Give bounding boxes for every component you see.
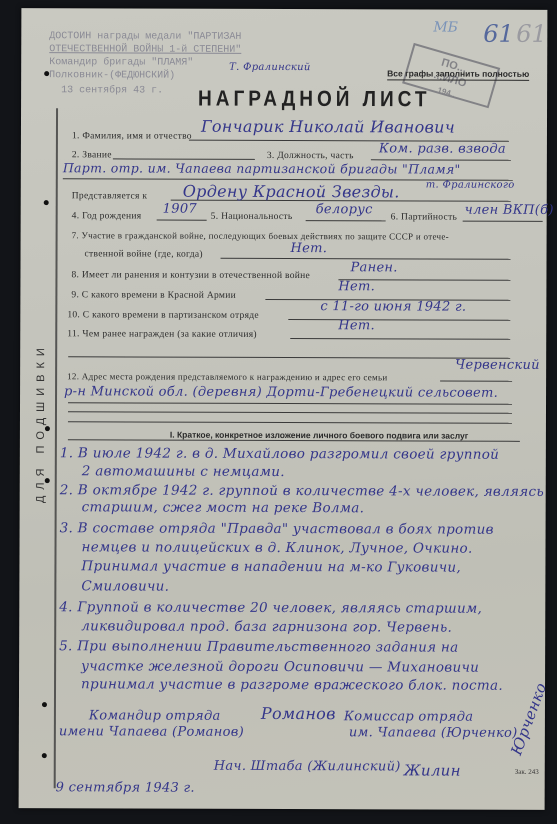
field-value-previous-awards: Нет. xyxy=(338,318,375,333)
archive-number-pencil: 61 xyxy=(516,20,547,48)
resolution-line: Командир бригады "ПЛАМЯ" xyxy=(49,56,193,70)
commander-signature: Романов xyxy=(261,704,336,723)
fill-all-notice: Все графы заполнить полностью xyxy=(387,68,529,80)
merit-line: Принимал участие в нападении на м-ко Гук… xyxy=(81,558,461,575)
field-rule xyxy=(68,411,512,414)
resolution-line: ДОСТОИН награды медали "ПАРТИЗАН xyxy=(49,30,241,44)
field-value-position: Ком. разв. взвода xyxy=(379,141,506,156)
commissar-title: Комиссар отряда xyxy=(344,709,473,724)
field-label-rank: 2. Звание xyxy=(72,150,112,160)
award-sheet-document: ДЛЯ ПОДШИВКИ ДОСТОИН награды медали "ПАР… xyxy=(19,8,548,810)
merit-line: 4. Группой в количестве 20 человек, явля… xyxy=(59,599,482,616)
field-rule xyxy=(463,221,543,222)
chief-of-staff-title: Нач. Штаба (Жилинский) xyxy=(214,759,401,775)
field-value-address-cont: р-н Минской обл. (деревня) Дорти-Гребене… xyxy=(64,384,498,401)
punch-hole-icon xyxy=(42,702,47,707)
resolution-line: ОТЕЧЕСТВЕННОЙ ВОЙНЫ 1-й СТЕПЕНИ" xyxy=(49,43,241,57)
punch-hole-icon xyxy=(44,200,49,205)
field-label-address: 12. Адрес места рождения представляемого… xyxy=(67,371,387,382)
field-label-civil-war-cont: ственной войне (где, когда) xyxy=(85,249,203,259)
resolution-line: Полковник-(ФЕДЮНСКИЙ) xyxy=(49,69,175,82)
field-value-birth-year: 1907 xyxy=(163,202,197,217)
field-rule xyxy=(68,356,510,359)
field-value-name: Гончарик Николай Иванович xyxy=(201,117,455,137)
field-value-wounds: Ранен. xyxy=(350,260,397,275)
field-rule xyxy=(68,402,512,405)
punch-hole-icon xyxy=(45,478,50,483)
punch-hole-icon xyxy=(45,426,50,431)
field-rule xyxy=(290,338,510,340)
resolution-date: 13 сентября 43 г. xyxy=(61,84,163,97)
field-label-presented: Представляется к xyxy=(72,191,148,201)
field-value-civil-war: Нет. xyxy=(291,241,328,256)
merit-line: 2 автомашины с немцами. xyxy=(82,463,285,480)
punch-hole-icon xyxy=(42,753,47,758)
field-value-nationality: белорус xyxy=(316,202,373,217)
merit-line: 3. В составе отряда "Правда" участвовал … xyxy=(60,520,494,538)
commander-name: имени Чапаева (Романов) xyxy=(59,724,244,740)
field-label-position: 3. Должность, часть xyxy=(267,151,354,161)
field-value-partisan-since: с 11-го июня 1942 г. xyxy=(320,299,466,315)
field-rule xyxy=(440,381,512,382)
field-label-name: 1. Фамилия, имя и отчество xyxy=(72,131,192,141)
field-value-brigade-commander: т. Фралинского xyxy=(426,179,515,190)
document-title: НАГРАДНОЙ ЛИСТ xyxy=(198,87,431,113)
merit-line: 1. В июле 1942 г. в д. Михайлово разгром… xyxy=(60,445,499,463)
chief-of-staff-signature: Жилин xyxy=(404,761,461,779)
section-rule xyxy=(68,439,520,442)
document-date: 9 сентября 1943 г. xyxy=(56,780,195,795)
commissar-name: им. Чапаева (Юрченко) xyxy=(349,725,518,741)
merit-line: старшим, сжег мост на реке Волма. xyxy=(82,499,365,516)
field-rule xyxy=(288,319,510,321)
commissar-signature: Юрченко xyxy=(507,680,550,757)
field-rule xyxy=(157,220,207,221)
binding-label: ДЛЯ ПОДШИВКИ xyxy=(35,318,56,528)
field-label-civil-war: 7. Участие в гражданской войне, последую… xyxy=(72,230,449,241)
print-order-code: Зак. 243 xyxy=(515,768,539,776)
merit-line: принимал участие в разгроме вражеского б… xyxy=(81,676,503,693)
merit-line: Смиловичи. xyxy=(81,578,169,594)
field-label-party: 6. Партийность xyxy=(391,212,458,222)
field-label-wounds: 8. Имеет ли ранения и контузии в отечест… xyxy=(71,270,310,281)
field-rule xyxy=(68,421,512,424)
merit-line: участке железной дороги Осиповичи — Миха… xyxy=(81,658,479,675)
handwritten-note: Т. Фралинский xyxy=(229,62,310,73)
field-label-birth-year: 4. Год рождения xyxy=(72,211,142,221)
field-rule xyxy=(306,220,386,221)
field-value-red-army: Нет. xyxy=(338,279,375,294)
field-value-unit: Парт. отр. им. Чапаева партизанской бриг… xyxy=(63,160,461,176)
merit-line: 5. При выполнении Правительственного зад… xyxy=(59,638,458,655)
field-label-red-army: 9. С какого времени в Красной Армии xyxy=(71,290,236,301)
merit-line: ликвидировал прод. база гарнизона гор. Ч… xyxy=(81,618,452,635)
archive-number: 61 xyxy=(483,20,514,48)
field-value-address: Червенский xyxy=(455,358,540,373)
field-value-award: Ордену Красной Звезды. xyxy=(183,182,400,202)
field-value-party: член ВКП(б) xyxy=(465,203,554,218)
field-label-previous-awards: 11. Чем ранее награжден (за какие отличи… xyxy=(67,329,257,340)
field-label-nationality: 5. Национальность xyxy=(211,212,293,222)
merits-text: 1. В июле 1942 г. в д. Михайлово разгром… xyxy=(21,8,547,10)
merit-line: 2. В октябре 1942 г. группой в количеств… xyxy=(60,482,544,500)
field-label-partisan-since: 10. С какого времени в партизанском отря… xyxy=(67,310,259,321)
merit-line: немцев и полицейских в д. Клинок, Лучное… xyxy=(81,539,472,556)
commander-title: Командир отряда xyxy=(89,708,221,723)
archive-mark: МБ xyxy=(433,20,458,36)
